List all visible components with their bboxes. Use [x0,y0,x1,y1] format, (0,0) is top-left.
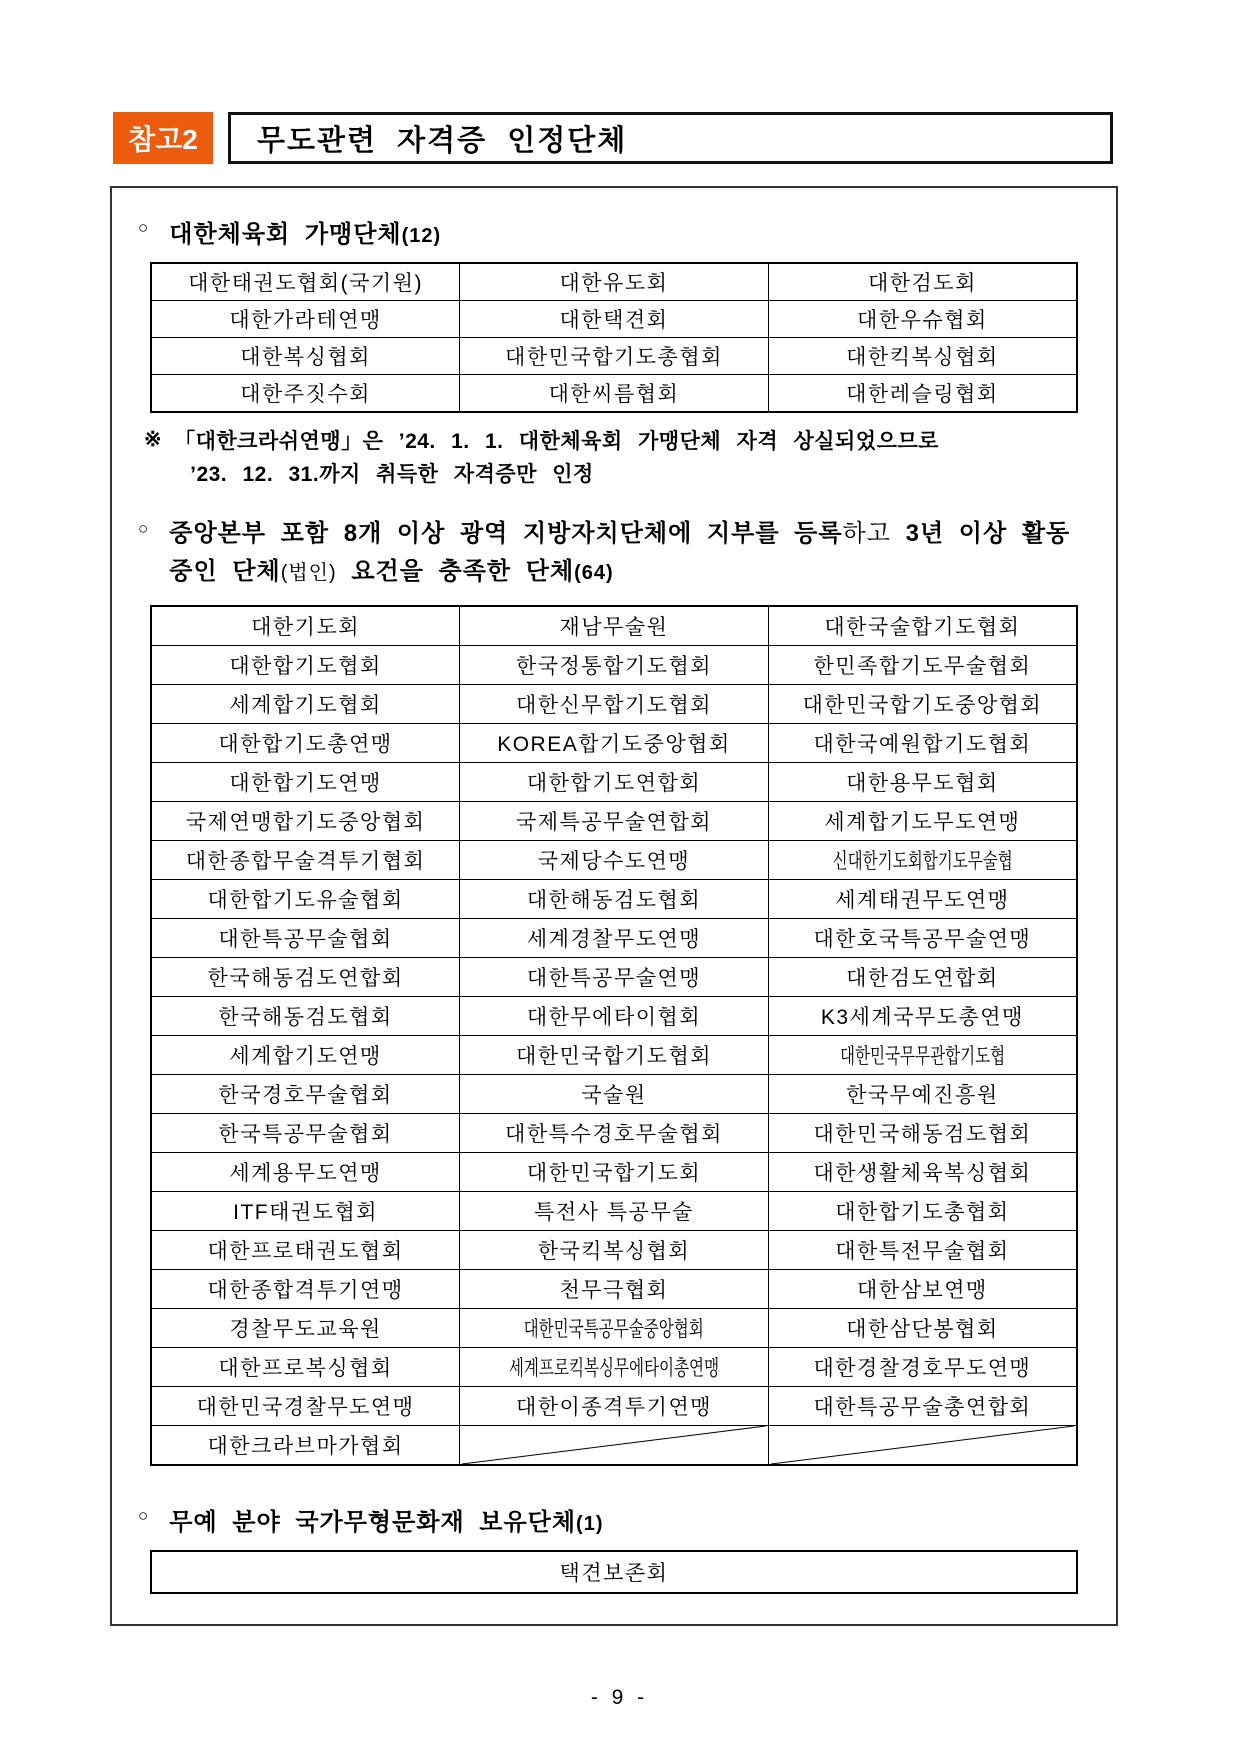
org-name: 대한유도회 [560,267,669,297]
table-row: 대한주짓수회대한씨름협회대한레슬링협회 [151,375,1077,413]
org-name: 세계태권무도연맹 [835,884,1009,914]
heritage-orgs-table: 택견보존회 [150,1550,1078,1594]
org-name: 한국정통합기도협회 [516,650,712,680]
heading-segment: 요건을 충족한 단체 [337,558,574,585]
table-cell: 대한합기도총협회 [768,1192,1077,1231]
table-row: 대한종합무술격투기협회국제당수도연맹신대한기도회합기도무술협 [151,841,1077,880]
table-cell: 한국특공무술협회 [151,1114,460,1153]
table-row: 한국해동검도협회대한무에타이협회K3세계국무도총연맹 [151,997,1077,1036]
org-name: 대한킥복싱협회 [846,341,999,371]
org-name: 대한용무도협회 [846,767,999,797]
table-cell: 대한경찰경호무도연맹 [768,1348,1077,1387]
note-marker: ※ [144,427,162,491]
table-cell [460,1426,769,1466]
circle-bullet-icon: ○ [138,519,149,539]
heading-text: 대한체육회 가맹단체 [169,221,401,248]
heritage-table-wrap: 택견보존회 [150,1550,1078,1594]
table-cell: 특전사 특공무술 [460,1192,769,1231]
diagonal-slash-icon [462,1426,766,1464]
table-cell: 대한이종격투기연맹 [460,1387,769,1426]
table-cell: 대한합기도유술협회 [151,880,460,919]
org-name: 대한주짓수회 [240,378,371,408]
table-cell: 세계합기도협회 [151,685,460,724]
org-name: 대한민국합기도협회 [516,1040,712,1070]
org-name: 대한특전무술협회 [835,1235,1009,1265]
section-heading-registered-line1: 중앙본부 포함 8개 이상 광역 지방자치단체에 지부를 등록하고 3년 이상 … [169,515,1070,553]
org-name: 대한검도연합회 [846,962,999,992]
org-name: KOREA합기도중앙협회 [497,728,731,758]
table-cell: 세계프로킥복싱무에타이총연맹 [460,1348,769,1387]
table-cell: 대한특공무술협회 [151,919,460,958]
org-name: 대한합기도유술협회 [208,884,404,914]
page-number: - 9 - [0,1686,1239,1710]
heading-segment: 하고 [843,520,891,547]
org-name: 한국무예진흥원 [846,1079,999,1109]
table-cell: 대한레슬링협회 [768,375,1077,413]
table-cell: 대한민국합기도중앙협회 [768,685,1077,724]
org-name: 재남무술원 [560,611,669,641]
org-name: 천무극협회 [560,1274,669,1304]
table-cell: 세계합기도연맹 [151,1036,460,1075]
table-cell: 대한합기도연합회 [460,763,769,802]
org-name: 대한민국합기도총협회 [505,341,723,371]
document-header: 참고2 무도관련 자격증 인정단체 [113,112,1113,164]
org-name: 대한경찰경호무도연맹 [813,1352,1031,1382]
table-cell: 대한종합무술격투기협회 [151,841,460,880]
table-cell: 한국무예진흥원 [768,1075,1077,1114]
table-cell: 한국경호무술협회 [151,1075,460,1114]
heading-segment: 중인 단체 [169,558,280,585]
org-name: 대한국예원합기도협회 [813,728,1031,758]
table-cell: 대한유도회 [460,263,769,301]
org-name: 대한민국합기도회 [527,1157,701,1187]
org-name: 한국특공무술협회 [218,1118,392,1148]
org-name: 세계합기도무도연맹 [824,806,1020,836]
org-name: 세계경찰무도연맹 [527,923,701,953]
table-cell: 대한민국무무관합기도협 [768,1036,1077,1075]
org-name: 대한검도회 [868,267,977,297]
section-heading-affiliated: ○ 대한체육회 가맹단체(12) [138,214,1078,249]
org-name: 대한크라브마가협회 [208,1430,404,1460]
table-row: 대한크라브마가협회 [151,1426,1077,1466]
table-cell: 한국정통합기도협회 [460,646,769,685]
section-heading-affiliated-text: 대한체육회 가맹단체(12) [169,214,441,249]
org-name: 대한기도회 [251,611,360,641]
table-cell: 대한국예원합기도협회 [768,724,1077,763]
table-cell: 대한민국특공무술중앙협회 [460,1309,769,1348]
org-name: 대한씨름협회 [549,378,680,408]
table-cell: 천무극협회 [460,1270,769,1309]
table-cell: 국제당수도연맹 [460,841,769,880]
org-name: 대한종합무술격투기협회 [186,845,426,875]
org-name: 택견보존회 [560,1557,669,1587]
org-name: 대한민국특공무술중앙협회 [524,1313,704,1343]
note-line1: 「대한크라쉬연맹」은 ’24. 1. 1. 대한체육회 가맹단체 자격 상실되었… [174,425,939,458]
table-cell: 세계합기도무도연맹 [768,802,1077,841]
table-cell: 경찰무도교육원 [151,1309,460,1348]
table-row: 대한복싱협회대한민국합기도총협회대한킥복싱협회 [151,338,1077,375]
table-cell: K3세계국무도총연맹 [768,997,1077,1036]
table-row: 대한프로태권도협회한국킥복싱협회대한특전무술협회 [151,1231,1077,1270]
table-cell: 대한프로태권도협회 [151,1231,460,1270]
table-cell: 대한복싱협회 [151,338,460,375]
circle-bullet-icon: ○ [138,218,149,238]
org-name: 신대한기도회합기도무술협 [832,845,1012,875]
org-name: 대한해동검도협회 [527,884,701,914]
org-name: 대한민국경찰무도연맹 [197,1391,415,1421]
org-name: 대한민국해동검도협회 [813,1118,1031,1148]
table-row: 대한가라테연맹대한택견회대한우슈협회 [151,301,1077,338]
table-cell: 대한신무합기도협회 [460,685,769,724]
table-row: 대한종합격투기연맹천무극협회대한삼보연맹 [151,1270,1077,1309]
table-cell: 세계태권무도연맹 [768,880,1077,919]
table-cell: 세계경찰무도연맹 [460,919,769,958]
org-name: 국제특공무술연합회 [516,806,712,836]
heading-segment: (법인) [281,562,337,584]
note-lines: 「대한크라쉬연맹」은 ’24. 1. 1. 대한체육회 가맹단체 자격 상실되었… [174,425,939,491]
table-cell: 대한특공무술총연합회 [768,1387,1077,1426]
section-heading-heritage-text: 무예 분야 국가무형문화재 보유단체(1) [169,1502,603,1537]
org-name: 한민족합기도무술협회 [813,650,1031,680]
org-name: 대한합기도총협회 [835,1196,1009,1226]
org-name: 대한복싱협회 [240,341,371,371]
org-name: 대한프로복싱협회 [218,1352,392,1382]
table-row: 한국경호무술협회국술원한국무예진흥원 [151,1075,1077,1114]
table-cell: 재남무술원 [460,606,769,646]
section-heading-registered-line2: 중인 단체(법인) 요건을 충족한 단체(64) [169,553,1070,592]
org-name: 한국경호무술협회 [218,1079,392,1109]
org-name: 대한민국무무관합기도협 [840,1040,1005,1070]
table-row: 경찰무도교육원대한민국특공무술중앙협회대한삼단봉협회 [151,1309,1077,1348]
org-name: 세계합기도연맹 [229,1040,382,1070]
table-cell: 대한민국해동검도협회 [768,1114,1077,1153]
org-name: 특전사 특공무술 [534,1196,694,1226]
org-name: 세계용무도연맹 [229,1157,382,1187]
registered-orgs-table: 대한기도회재남무술원대한국술합기도협회대한합기도협회한국정통합기도협회한민족합기… [150,605,1078,1466]
content-panel: ○ 대한체육회 가맹단체(12) 대한태권도협회(국기원)대한유도회대한검도회대… [110,186,1118,1626]
table-cell: 대한용무도협회 [768,763,1077,802]
table-cell: 대한생활체육복싱협회 [768,1153,1077,1192]
table-cell: 대한크라브마가협회 [151,1426,460,1466]
note-line2: ’23. 12. 31.까지 취득한 자격증만 인정 [190,458,939,491]
table-cell: 신대한기도회합기도무술협 [768,841,1077,880]
org-name: K3세계국무도총연맹 [821,1001,1024,1031]
table-cell: 대한무에타이협회 [460,997,769,1036]
affiliated-orgs-table: 대한태권도협회(국기원)대한유도회대한검도회대한가라테연맹대한택견회대한우슈협회… [150,262,1078,413]
org-name: 대한합기도연맹 [229,767,382,797]
table-cell: 대한검도회 [768,263,1077,301]
org-name: 대한무에타이협회 [527,1001,701,1031]
section-heading-registered: ○ 중앙본부 포함 8개 이상 광역 지방자치단체에 지부를 등록하고 3년 이… [138,515,1078,592]
table-cell: 대한우슈협회 [768,301,1077,338]
org-name: 대한종합격투기연맹 [208,1274,404,1304]
org-name: ITF태권도협회 [233,1196,378,1226]
table-row: 대한특공무술협회세계경찰무도연맹대한호국특공무술연맹 [151,919,1077,958]
table-row: 택견보존회 [151,1551,1077,1593]
table-cell: 한국해동검도연합회 [151,958,460,997]
table-cell: 한국킥복싱협회 [460,1231,769,1270]
table-cell: 택견보존회 [151,1551,1077,1593]
table-cell: 대한특공무술연맹 [460,958,769,997]
org-name: 대한이종격투기연맹 [516,1391,712,1421]
org-name: 대한호국특공무술연맹 [813,923,1031,953]
circle-bullet-icon: ○ [138,1506,149,1526]
org-name: 대한국술합기도협회 [824,611,1020,641]
table-cell: 대한국술합기도협회 [768,606,1077,646]
table-cell: 대한태권도협회(국기원) [151,263,460,301]
table-cell: 국제특공무술연합회 [460,802,769,841]
table-cell: 대한합기도총연맹 [151,724,460,763]
table-cell: 대한민국합기도회 [460,1153,769,1192]
table-row: 한국해동검도연합회대한특공무술연맹대한검도연합회 [151,958,1077,997]
table-cell: 대한민국합기도협회 [460,1036,769,1075]
table-cell: ITF태권도협회 [151,1192,460,1231]
heading-segment: 3년 이상 활동 [891,520,1070,547]
org-name: 대한프로태권도협회 [208,1235,404,1265]
table-cell [768,1426,1077,1466]
table-cell: 대한씨름협회 [460,375,769,413]
table-row: 국제연맹합기도중앙협회국제특공무술연합회세계합기도무도연맹 [151,802,1077,841]
table-cell: 한민족합기도무술협회 [768,646,1077,685]
table-row: 대한합기도총연맹KOREA합기도중앙협회대한국예원합기도협회 [151,724,1077,763]
table-cell: 대한민국합기도총협회 [460,338,769,375]
reference-badge: 참고2 [113,112,213,164]
heading-segment: (64) [574,562,614,584]
org-name: 대한특공무술협회 [218,923,392,953]
org-name: 세계프로킥복싱무에타이총연맹 [509,1352,719,1382]
document-page: 참고2 무도관련 자격증 인정단체 ○ 대한체육회 가맹단체(12) 대한태권도… [0,0,1239,1752]
org-name: 국술원 [581,1079,646,1109]
org-name: 대한특공무술총연합회 [813,1391,1031,1421]
table-cell: 대한민국경찰무도연맹 [151,1387,460,1426]
org-name: 대한합기도협회 [229,650,382,680]
table-cell: 대한킥복싱협회 [768,338,1077,375]
exclusion-note: ※ 「대한크라쉬연맹」은 ’24. 1. 1. 대한체육회 가맹단체 자격 상실… [150,425,1078,491]
table-cell: 대한특전무술협회 [768,1231,1077,1270]
diagonal-slash-icon [771,1426,1074,1464]
table-cell: 대한택견회 [460,301,769,338]
page-title: 무도관련 자격증 인정단체 [228,112,1113,164]
table-row: 세계합기도협회대한신무합기도협회대한민국합기도중앙협회 [151,685,1077,724]
org-name: 대한합기도총연맹 [218,728,392,758]
org-name: 국제당수도연맹 [538,845,691,875]
org-name: 대한태권도협회(국기원) [188,267,423,297]
table-cell: 한국해동검도협회 [151,997,460,1036]
table-row: ITF태권도협회특전사 특공무술대한합기도총협회 [151,1192,1077,1231]
org-name: 한국해동검도연합회 [208,962,404,992]
org-name: 대한삼보연맹 [857,1274,988,1304]
table-cell: 대한삼보연맹 [768,1270,1077,1309]
org-name: 대한합기도연합회 [527,767,701,797]
table-row: 세계합기도연맹대한민국합기도협회대한민국무무관합기도협 [151,1036,1077,1075]
heading-segment: 중앙본부 포함 8개 이상 광역 지방자치단체에 지부를 등록 [169,520,842,547]
table-cell: 대한주짓수회 [151,375,460,413]
table-row: 대한민국경찰무도연맹대한이종격투기연맹대한특공무술총연합회 [151,1387,1077,1426]
table-row: 대한합기도협회한국정통합기도협회한민족합기도무술협회 [151,646,1077,685]
org-name: 국제연맹합기도중앙협회 [186,806,426,836]
org-name: 대한신무합기도협회 [516,689,712,719]
org-name: 대한우슈협회 [857,304,988,334]
table-cell: 대한가라테연맹 [151,301,460,338]
org-name: 대한민국합기도중앙협회 [803,689,1043,719]
table-row: 대한기도회재남무술원대한국술합기도협회 [151,606,1077,646]
org-name: 대한생활체육복싱협회 [813,1157,1031,1187]
table-cell: 대한해동검도협회 [460,880,769,919]
table-cell: 대한호국특공무술연맹 [768,919,1077,958]
section-heading-registered-text: 중앙본부 포함 8개 이상 광역 지방자치단체에 지부를 등록하고 3년 이상 … [169,515,1070,592]
table-row: 세계용무도연맹대한민국합기도회대한생활체육복싱협회 [151,1153,1077,1192]
org-name: 대한삼단봉협회 [846,1313,999,1343]
table-cell: 대한삼단봉협회 [768,1309,1077,1348]
table-cell: 대한기도회 [151,606,460,646]
table-row: 대한프로복싱협회세계프로킥복싱무에타이총연맹대한경찰경호무도연맹 [151,1348,1077,1387]
table-cell: 대한합기도연맹 [151,763,460,802]
org-name: 한국해동검도협회 [218,1001,392,1031]
table-row: 대한합기도유술협회대한해동검도협회세계태권무도연맹 [151,880,1077,919]
org-name: 한국킥복싱협회 [538,1235,691,1265]
table-cell: 대한종합격투기연맹 [151,1270,460,1309]
org-name: 세계합기도협회 [229,689,382,719]
table-cell: KOREA합기도중앙협회 [460,724,769,763]
org-name: 대한레슬링협회 [846,378,999,408]
org-name: 대한가라테연맹 [229,304,382,334]
table-cell: 국술원 [460,1075,769,1114]
table-row: 대한태권도협회(국기원)대한유도회대한검도회 [151,263,1077,301]
table-cell: 대한합기도협회 [151,646,460,685]
table-cell: 대한프로복싱협회 [151,1348,460,1387]
org-name: 대한택견회 [560,304,669,334]
table-row: 한국특공무술협회대한특수경호무술협회대한민국해동검도협회 [151,1114,1077,1153]
table-cell: 세계용무도연맹 [151,1153,460,1192]
org-name: 경찰무도교육원 [229,1313,382,1343]
section-heading-heritage: ○ 무예 분야 국가무형문화재 보유단체(1) [138,1502,1078,1537]
table-cell: 대한특수경호무술협회 [460,1114,769,1153]
heading-count: (1) [576,1513,603,1535]
org-name: 대한특공무술연맹 [527,962,701,992]
org-name: 대한특수경호무술협회 [505,1118,723,1148]
heading-text: 무예 분야 국가무형문화재 보유단체 [169,1509,576,1536]
table-row: 대한합기도연맹대한합기도연합회대한용무도협회 [151,763,1077,802]
heading-count: (12) [402,225,442,247]
table-cell: 국제연맹합기도중앙협회 [151,802,460,841]
table-cell: 대한검도연합회 [768,958,1077,997]
